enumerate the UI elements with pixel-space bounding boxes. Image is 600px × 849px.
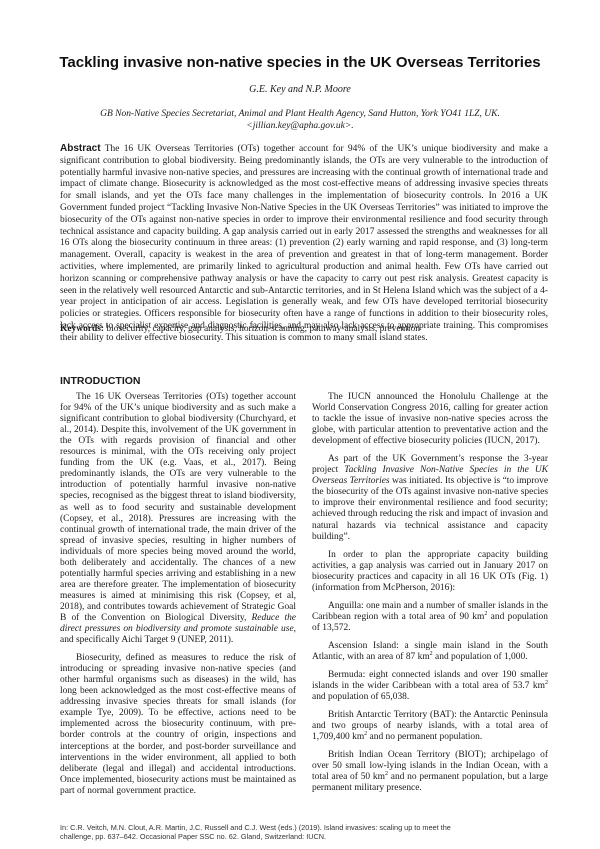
keywords: Keywords: biosecurity, capacity, gap ana… — [60, 324, 548, 334]
territory-ascension: Ascension Island: a single main island i… — [312, 641, 548, 663]
citation-footer: In: C.R. Veitch, M.N. Clout, A.R. Martin… — [60, 823, 480, 841]
text-span: was initiated. Its objective is “to impr… — [312, 476, 548, 541]
territory-biot: British Indian Ocean Territory (BIOT); a… — [312, 750, 548, 794]
keywords-text: biosecurity, capacity, gap analysis, hor… — [106, 324, 420, 334]
text-span: Bermuda: eight connected islands and ove… — [312, 670, 548, 691]
territory-bat: British Antarctic Territory (BAT): the A… — [312, 710, 548, 743]
abstract-text: The 16 UK Overseas Territories (OTs) tog… — [60, 144, 548, 343]
territory-bermuda: Bermuda: eight connected islands and ove… — [312, 670, 548, 703]
intro-paragraph-2: Biosecurity, defined as measures to redu… — [60, 653, 296, 797]
section-heading-introduction: INTRODUCTION — [60, 376, 296, 387]
affiliation: GB Non-Native Species Secretariat, Anima… — [60, 108, 540, 132]
territory-anguilla: Anguilla: one main and a number of small… — [312, 601, 548, 634]
text-span: The 16 UK Overseas Territories (OTs) tog… — [60, 392, 296, 623]
superscript: 2 — [545, 680, 548, 686]
paper-page: Tackling invasive non-native species in … — [0, 0, 600, 849]
keywords-label: Keywords: — [60, 324, 104, 334]
affiliation-text: GB Non-Native Species Secretariat, Anima… — [60, 108, 540, 120]
left-column: INTRODUCTION The 16 UK Overseas Territor… — [60, 376, 296, 804]
author-email: <jillian.key@apha.gov.uk>. — [60, 120, 540, 132]
abstract: Abstract The 16 UK Overseas Territories … — [60, 143, 548, 345]
paper-title: Tackling invasive non-native species in … — [0, 54, 600, 71]
text-span: and no permanent population. — [367, 732, 482, 742]
abstract-label: Abstract — [60, 143, 101, 154]
iucn-paragraph: The IUCN announced the Honolulu Challeng… — [312, 392, 548, 447]
gap-analysis-paragraph: In order to plan the appropriate capacit… — [312, 550, 548, 594]
text-span: and population of 1,000. — [433, 652, 528, 662]
intro-paragraph-1: The 16 UK Overseas Territories (OTs) tog… — [60, 392, 296, 646]
paper-authors: G.E. Key and N.P. Moore — [0, 84, 600, 95]
project-paragraph: As part of the UK Government’s response … — [312, 454, 548, 542]
text-span: and population of 65,038. — [312, 692, 409, 702]
right-column: The IUCN announced the Honolulu Challeng… — [312, 392, 548, 802]
